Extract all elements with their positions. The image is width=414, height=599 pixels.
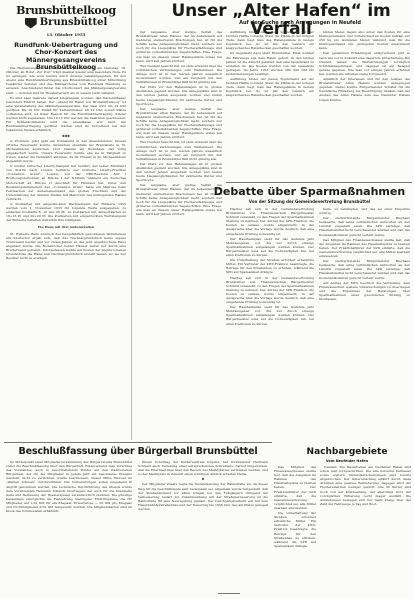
masthead-subtitle: Brunsbüttel — [40, 17, 108, 29]
separator-stars: ✱ — [138, 477, 268, 481]
town-crest-icon — [25, 18, 37, 29]
article-beschluss-col2: Einem Vorschlag der Kinderzentrale folge… — [138, 460, 268, 596]
paragraph: Wer Neufeld besucht hat, ist stets ersta… — [136, 140, 222, 160]
paragraph: Hierbei sah sich in der Gemeindevertretu… — [226, 207, 314, 236]
paragraph: Die Unterhaltung der Straßen erfordert e… — [274, 511, 316, 548]
masthead-title: Brunsbüttelkoog — [6, 4, 126, 17]
paragraph: Das Mitglied des Finanzausschusses stell… — [319, 238, 410, 258]
subheadline-debatte: Von der Sitzung der Gemeindevertretung B… — [205, 199, 414, 204]
article-nachbargebiete-body: Neufeld. Die Bauarbeiten am Neufelder Ha… — [320, 465, 411, 525]
paragraph: Es sind aber mehrere darauf hingewiesen … — [6, 96, 126, 133]
paragraph: Der langsame, aber stetige Verfall des B… — [136, 30, 222, 63]
paragraph: Den genannten Erfahrungen entsprechend g… — [319, 51, 410, 76]
article-alter-hafen-col2: Auffüllung hinter der neuen Spundwand au… — [226, 30, 314, 180]
section-divider — [4, 442, 272, 443]
paragraph: Neufeld. Die Bauarbeiten am Neufelder Ha… — [320, 465, 411, 506]
masthead-subtitle-row: Brunsbüttel — [6, 17, 126, 29]
paragraph: Der Haushaltsplan sieht für das laufende… — [226, 305, 314, 325]
headline-beschluss: Beschlußfassung über Bürgerball Brunsbüt… — [4, 446, 272, 457]
issue-date: 13. Oktober 1955 — [6, 32, 126, 37]
paragraph: Der Platz vor den Hafenanlagen ist in gr… — [136, 85, 222, 105]
paragraph: Im Mittelpunkt einer Mitgliederversammlu… — [6, 460, 132, 513]
paragraph: Seite, zu bekämpfen, und das sei einer E… — [319, 207, 410, 215]
article-debatte-continuation: Das Mitglied des Finanzausschusses stell… — [274, 465, 316, 596]
paragraph: Wer Neufeld besucht hat, ist stets ersta… — [136, 64, 222, 84]
end-rule — [218, 593, 240, 594]
paragraph: Der Haushaltsplan sieht für das laufende… — [226, 237, 314, 257]
section-divider — [226, 182, 412, 183]
article-debatte-col1: Hierbei sah sich in der Gemeindevertretu… — [226, 207, 314, 440]
paragraph: Der stellvertretende Bürgermeister Bleyh… — [319, 259, 410, 279]
paragraph: ⊙ Postkarten mit eingedruckten Wertstemp… — [6, 202, 126, 222]
paragraph: Auf Antrag der KWV beschloß die Vertretu… — [319, 281, 410, 301]
article-rundfunk-body: Die Heimatveranstaltung des Männergesang… — [6, 66, 126, 440]
paragraph: Der Mitglieder-Zusatz regte die Instands… — [138, 482, 268, 511]
paragraph: Hierbei sah sich in der Gemeindevertretu… — [226, 276, 314, 305]
headline-debatte: Debatte über Sparmaßnahmen — [205, 186, 414, 198]
subheadline-haus: Ein Haus mit drei Außenwänden — [6, 225, 126, 229]
paragraph: ⊙ Großer britischer Liberty-Dampfer hat … — [6, 164, 126, 201]
separator-stars: ✱✱✱ — [6, 134, 126, 138]
paragraph: Anläßlich der Interessen und für den Aus… — [319, 77, 410, 102]
subheadline-nachbargebiete: Vom Neufelder Hafen — [282, 459, 412, 463]
headline-nachbargebiete: Nachbargebiete — [282, 447, 412, 457]
paragraph: Der stellvertretende Bürgermeister Bleyh… — [319, 216, 410, 236]
article-alter-hafen-col1: Der langsame, aber stetige Verfall des B… — [136, 30, 222, 440]
paragraph: Einem Vorschlag der Kinderzentrale folge… — [138, 460, 268, 476]
paragraph: Auffüllung hinter der neuen Spundwand au… — [226, 77, 314, 97]
paragraph: Die Heimatveranstaltung des Männergesang… — [6, 66, 126, 95]
masthead: Brunsbüttelkoog Brunsbüttel 13. Oktober … — [6, 4, 126, 37]
column-divider — [131, 4, 132, 440]
article-debatte-col2: Seite, zu bekämpfen, und das sei einer E… — [319, 207, 410, 440]
paragraph: Die Unterhaltung der Straßen erfordert e… — [226, 258, 314, 274]
article-alter-hafen-col3: hinten Meter, liegen also unter den Kost… — [319, 30, 410, 180]
paragraph: Der langsame, aber stetige Verfall des B… — [136, 107, 222, 140]
paragraph: hinten Meter, liegen also unter den Kost… — [319, 30, 410, 50]
article-beschluss-col1: Im Mittelpunkt einer Mitgliederversammlu… — [6, 460, 132, 596]
paragraph: Im Gegensatz dazu steht Brunsbüttel. Ein… — [226, 51, 314, 76]
paragraph: Auffüllung hinter der neuen Spundwand au… — [226, 30, 314, 50]
paragraph: ⊙ Promiers. Jetzt geht am Sonnabend in d… — [6, 139, 126, 164]
subheadline-alter-hafen: Auf der Suche nach Anregungen in Neufeld — [190, 20, 410, 26]
paragraph: Das Mitglied des Finanzausschusses stell… — [274, 465, 316, 510]
newspaper-page: Brunsbüttelkoog Brunsbüttel 13. Oktober … — [0, 0, 414, 599]
paragraph: Der Platz vor den Hafenanlagen ist in gr… — [136, 162, 222, 182]
paragraph: St. Wilhelm. Beim Abbruch des baugefährl… — [6, 232, 126, 261]
